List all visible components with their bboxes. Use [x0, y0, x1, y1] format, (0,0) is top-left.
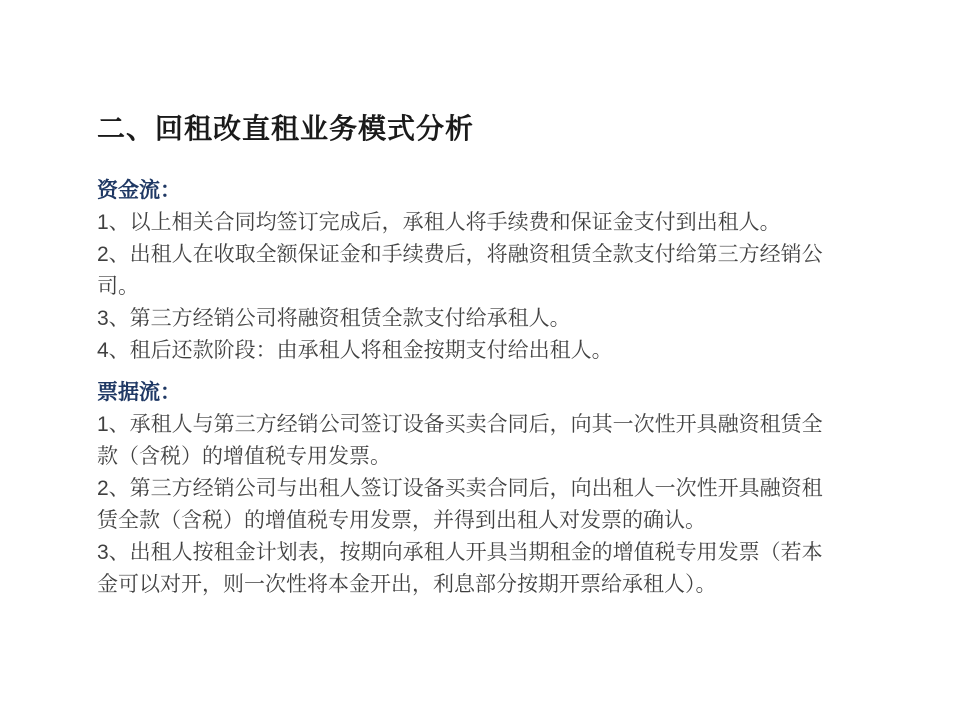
- section-heading-capital-flow: 资金流：: [97, 175, 823, 207]
- paragraph-invoice-flow-2: 2、第三方经销公司与出租人签订设备买卖合同后，向出租人一次性开具融资租赁全款（含…: [97, 473, 823, 537]
- section-invoice-flow: 票据流： 1、承租人与第三方经销公司签订设备买卖合同后，向其一次性开具融资租赁全…: [97, 377, 823, 601]
- section-heading-invoice-flow: 票据流：: [97, 377, 823, 409]
- paragraph-capital-flow-2: 2、出租人在收取全额保证金和手续费后，将融资租赁全款支付给第三方经销公司。: [97, 239, 823, 303]
- content-area: 二、回租改直租业务模式分析 资金流： 1、以上相关合同均签订完成后，承租人将手续…: [97, 111, 823, 601]
- paragraph-invoice-flow-1: 1、承租人与第三方经销公司签订设备买卖合同后，向其一次性开具融资租赁全款（含税）…: [97, 409, 823, 473]
- paragraph-capital-flow-1: 1、以上相关合同均签订完成后，承租人将手续费和保证金支付到出租人。: [97, 207, 823, 239]
- section-capital-flow: 资金流： 1、以上相关合同均签订完成后，承租人将手续费和保证金支付到出租人。 2…: [97, 175, 823, 367]
- paragraph-capital-flow-4: 4、租后还款阶段：由承租人将租金按期支付给出租人。: [97, 335, 823, 367]
- document-page: 二、回租改直租业务模式分析 资金流： 1、以上相关合同均签订完成后，承租人将手续…: [0, 0, 960, 720]
- paragraph-capital-flow-3: 3、第三方经销公司将融资租赁全款支付给承租人。: [97, 303, 823, 335]
- page-title: 二、回租改直租业务模式分析: [97, 111, 823, 147]
- paragraph-invoice-flow-3: 3、出租人按租金计划表，按期向承租人开具当期租金的增值税专用发票（若本金可以对开…: [97, 537, 823, 601]
